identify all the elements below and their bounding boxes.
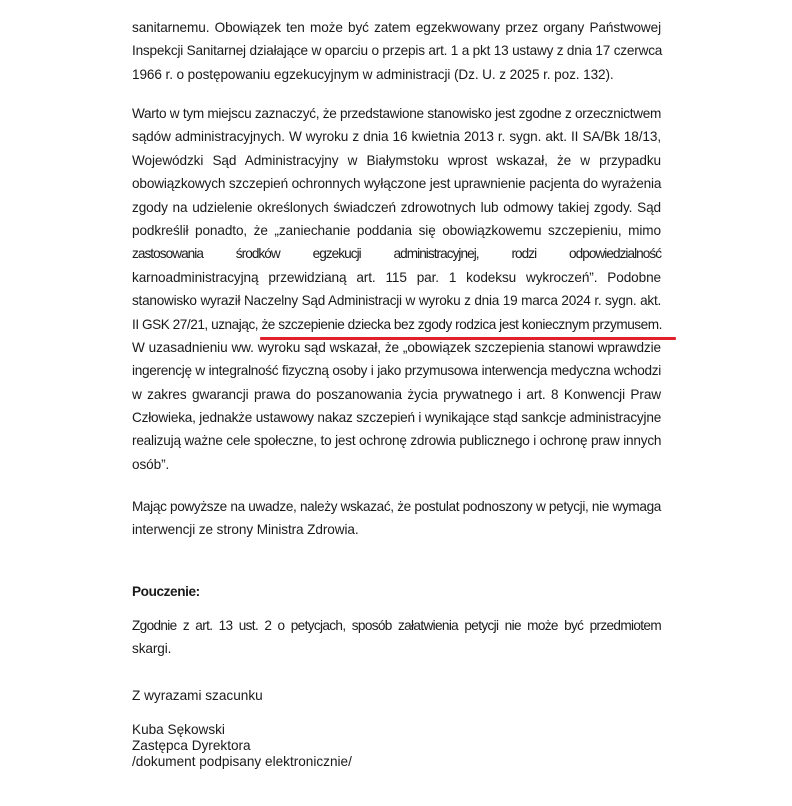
text-line: realizują ważne cele społeczne, to jest … bbox=[132, 429, 661, 452]
closing-text: Z wyrazami szacunku bbox=[132, 688, 263, 704]
highlighted-line: II GSK 27/21, uznając, że szczepienie dz… bbox=[132, 313, 661, 336]
red-underline-annotation bbox=[260, 337, 676, 340]
text-line: ingerencję w integralność fizyczną osoby… bbox=[132, 359, 661, 382]
text-line: w zakres gwarancji prawa do poszanowania… bbox=[132, 383, 661, 406]
text-line: sądów administracyjnych. W wyroku z dnia… bbox=[132, 125, 661, 148]
signatory-name: Kuba Sękowski bbox=[132, 722, 225, 738]
text-line: 1966 r. o postępowaniu egzekucyjnym w ad… bbox=[132, 63, 661, 86]
text-line: Zgodnie z art. 13 ust. 2 o petycjach, sp… bbox=[132, 614, 661, 637]
text-line: obowiązkowych szczepień ochronnych wyłąc… bbox=[132, 172, 661, 195]
underlined-quote: że szczepienie dziecka bez zgody rodzica… bbox=[261, 317, 662, 332]
text-line: interwencji ze strony Ministra Zdrowia. bbox=[132, 518, 661, 541]
text-line: karnoadministracyjną przewidzianą art. 1… bbox=[132, 266, 661, 289]
signature-note: /dokument podpisany elektronicznie/ bbox=[132, 754, 352, 770]
paragraph-enforcement: sanitarnemu. Obowiązek ten może być zate… bbox=[132, 16, 661, 86]
paragraph-case-law: Warto w tym miejscu zaznaczyć, że przeds… bbox=[132, 102, 661, 476]
text-line: zgody na udzielenie określonych świadcze… bbox=[132, 196, 661, 219]
instruction-heading: Pouczenie: bbox=[132, 584, 200, 599]
text-line: podkreślił ponadto, że „zaniechanie podd… bbox=[132, 219, 661, 242]
text-line: skargi. bbox=[132, 637, 661, 660]
paragraph-instruction: Zgodnie z art. 13 ust. 2 o petycjach, sp… bbox=[132, 614, 661, 661]
text-line: Mając powyższe na uwadze, należy wskazać… bbox=[132, 495, 661, 518]
text-line: zastosowania środków egzekucji administr… bbox=[132, 242, 661, 265]
text-line: Inspekcji Sanitarnej działające w oparci… bbox=[132, 39, 661, 62]
text-line: stanowisko wyraził Naczelny Sąd Administ… bbox=[132, 289, 661, 312]
highlight-prefix: II GSK 27/21, uznając, bbox=[132, 317, 261, 332]
signatory-title: Zastępca Dyrektora bbox=[132, 738, 251, 754]
text-line: Człowieka, jednakże ustawowy nakaz szcze… bbox=[132, 406, 661, 429]
text-line: Warto w tym miejscu zaznaczyć, że przeds… bbox=[132, 102, 661, 125]
text-line: sanitarnemu. Obowiązek ten może być zate… bbox=[132, 16, 661, 39]
text-line: osób”. bbox=[132, 453, 661, 476]
text-line: Wojewódzki Sąd Administracyjny w Białyms… bbox=[132, 149, 661, 172]
paragraph-conclusion: Mając powyższe na uwadze, należy wskazać… bbox=[132, 495, 661, 542]
